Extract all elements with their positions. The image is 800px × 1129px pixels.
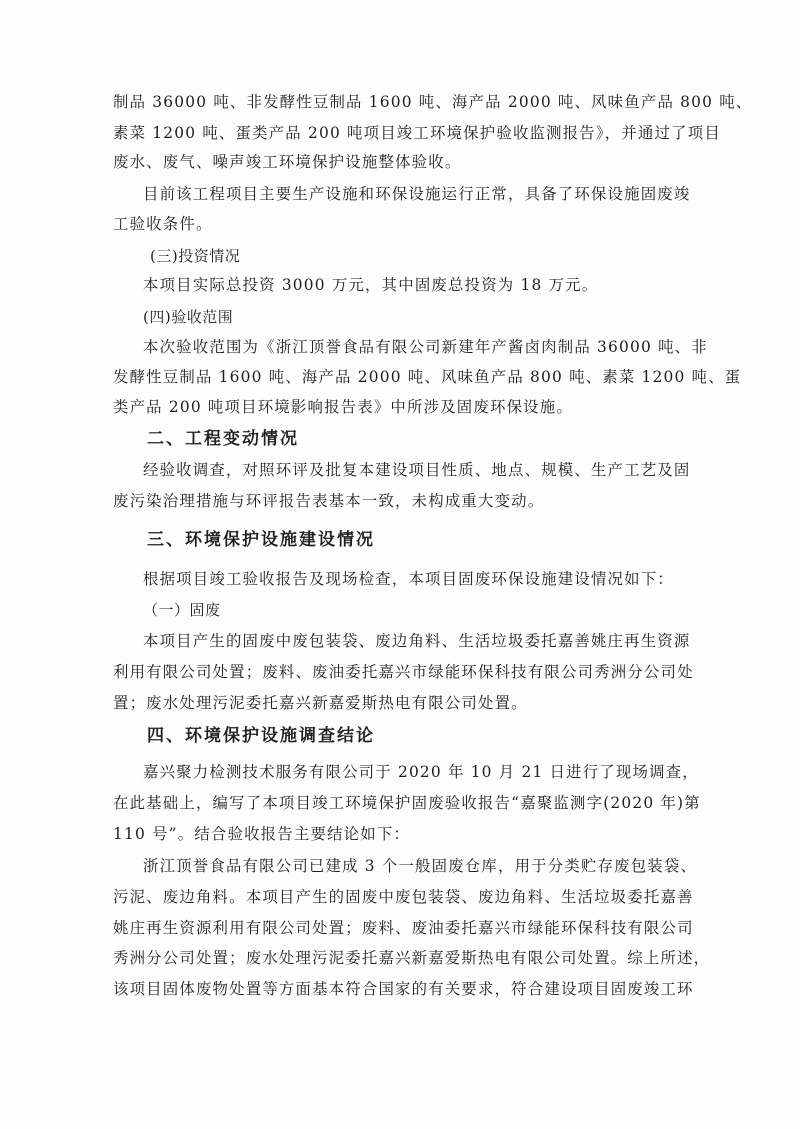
paragraph-line: 发酵性豆制品 1600 吨、海产品 2000 吨、风味鱼产品 800 吨、素菜 … <box>113 367 673 387</box>
paragraph-line: 秀洲分公司处置；废水处理污泥委托嘉兴新嘉爱斯热电有限公司处置。综上所述， <box>113 948 673 968</box>
paragraph-line: 废污染治理措施与环评报告表基本一致，未构成重大变动。 <box>113 491 673 511</box>
chapter-heading-conclusion: 四、环境保护设施调查结论 <box>147 726 707 746</box>
paragraph-line: 利用有限公司处置；废料、废油委托嘉兴市绿能环保科技有限公司秀洲分公司处 <box>113 662 673 682</box>
section-heading-solid-waste: （一）固废 <box>143 600 703 620</box>
section-heading-investment: (三)投资情况 <box>150 246 710 266</box>
document-page: 制品 36000 吨、非发酵性豆制品 1600 吨、海产品 2000 吨、风味鱼… <box>0 0 800 1129</box>
chapter-heading-facilities: 三、环境保护设施建设情况 <box>147 530 707 550</box>
paragraph-line: 经验收调查，对照环评及批复本建设项目性质、地点、规模、生产工艺及固 <box>143 460 673 480</box>
chapter-heading-changes: 二、工程变动情况 <box>147 429 707 449</box>
paragraph-line: 制品 36000 吨、非发酵性豆制品 1600 吨、海产品 2000 吨、风味鱼… <box>113 92 673 112</box>
paragraph-line: 素菜 1200 吨、蛋类产品 200 吨项目竣工环境保护验收监测报告》，并通过了… <box>113 123 673 143</box>
paragraph-line: 姚庄再生资源利用有限公司处置；废料、废油委托嘉兴市绿能环保科技有限公司 <box>113 918 673 938</box>
section-heading-scope: (四)验收范围 <box>143 307 703 327</box>
paragraph-line: 嘉兴聚力检测技术服务有限公司于 2020 年 10 月 21 日进行了现场调查， <box>143 762 673 782</box>
paragraph-line: 污泥、废边角料。本项目产生的固废中废包装袋、废边角料、生活垃圾委托嘉善 <box>113 887 673 907</box>
paragraph-line: 浙江顶誉食品有限公司已建成 3 个一般固废仓库，用于分类贮存废包装袋、 <box>143 856 673 876</box>
paragraph-line: 110 号”。结合验收报告主要结论如下： <box>113 824 673 844</box>
paragraph-line: 置；废水处理污泥委托嘉兴新嘉爱斯热电有限公司处置。 <box>113 693 673 713</box>
paragraph-line: 废水、废气、噪声竣工环境保护设施整体验收。 <box>113 152 673 172</box>
paragraph-line: 根据项目竣工验收报告及现场检查，本项目固废环保设施建设情况如下： <box>143 569 673 589</box>
paragraph-line: 该项目固体废物处置等方面基本符合国家的有关要求，符合建设项目固废竣工环 <box>113 979 673 999</box>
paragraph-line: 本次验收范围为《浙江顶誉食品有限公司新建年产酱卤肉制品 36000 吨、非 <box>143 337 673 357</box>
paragraph-line: 工验收条件。 <box>113 214 673 234</box>
paragraph-line: 目前该工程项目主要生产设施和环保设施运行正常，具备了环保设施固废竣 <box>143 184 673 204</box>
paragraph-line: 类产品 200 吨项目环境影响报告表》中所涉及固废环保设施。 <box>113 397 673 417</box>
paragraph-line: 在此基础上，编写了本项目竣工环境保护固废验收报告“嘉聚监测字(2020 年)第 <box>113 793 673 813</box>
paragraph-line: 本项目实际总投资 3000 万元，其中固废总投资为 18 万元。 <box>143 275 703 295</box>
paragraph-line: 本项目产生的固废中废包装袋、废边角料、生活垃圾委托嘉善姚庄再生资源 <box>143 631 673 651</box>
